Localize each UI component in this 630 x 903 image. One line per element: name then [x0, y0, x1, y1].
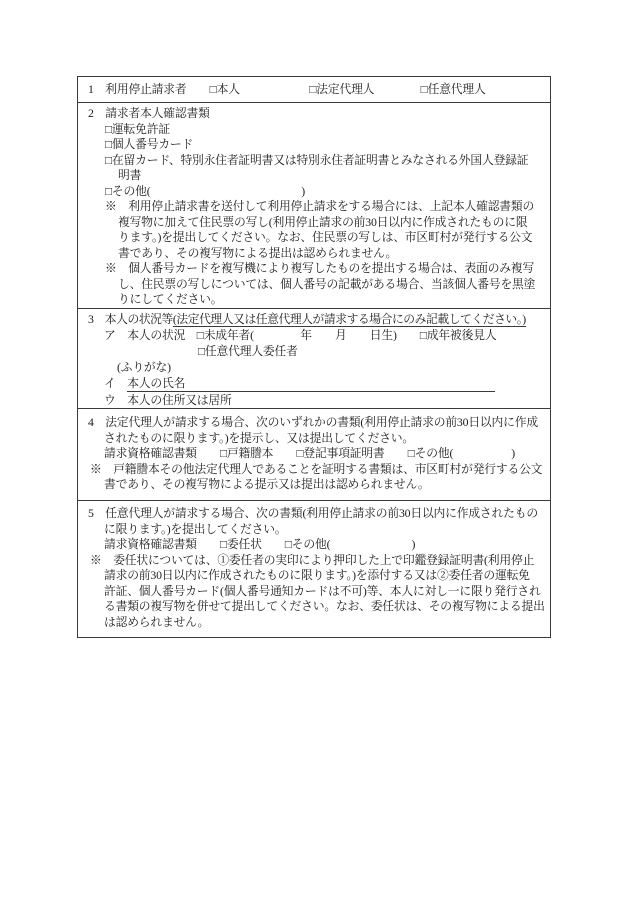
line-text: (ふりがな)	[117, 360, 171, 374]
form-line: 4 法定代理人が請求する場合、次のいずれかの書類(利用停止請求の前30日以内に作…	[88, 415, 546, 431]
form-line: □その他( )	[88, 184, 546, 200]
line-text: 3 本人の状況等	[88, 312, 173, 326]
fill-in-underline: 本人の住所又は居所	[127, 392, 495, 408]
document-page: 1 利用停止請求者 □本人 □法定代理人 □任意代理人 2 請求者本人確認書類□…	[0, 0, 630, 903]
line-text-with-checkboxes: ア 本人の状況 □未成年者( 年 月 日生) □成年被後見人	[104, 328, 496, 342]
form-line: □在留カード、特別永住者証明書又は特別永住者証明書とみなされる外国人登録証	[88, 153, 546, 169]
line-text: る書類の複写物を併せて提出してください。なお、委任状は、その複写物による提出	[104, 599, 545, 613]
form-line: 2 請求者本人確認書類	[88, 106, 546, 122]
form-line: 請求資格確認書類 □委任状 □その他( )	[88, 537, 546, 553]
section-4-legal-representative: 4 法定代理人が請求する場合、次のいずれかの書類(利用停止請求の前30日以内に作…	[78, 408, 550, 500]
line-text: イ	[104, 376, 127, 390]
line-text-with-checkboxes: 請求資格確認書類 □戸籍謄本 □登記事項証明書 □その他( )	[104, 446, 515, 460]
line-text-with-checkboxes: □運転免許証	[105, 122, 170, 136]
line-text-with-checkboxes: 請求資格確認書類 □委任状 □その他( )	[104, 537, 415, 551]
form-line: 請求資格確認書類 □戸籍謄本 □登記事項証明書 □その他( )	[88, 446, 546, 462]
form-line: ります。)を提出してください。なお、住民票の写しは、市区町村が発行する公文	[88, 230, 546, 246]
line-text: 明書	[118, 168, 141, 182]
line-text-with-checkboxes: □在留カード、特別永住者証明書又は特別永住者証明書とみなされる外国人登録証	[105, 153, 528, 167]
line-text-with-checkboxes: □任意代理人委任者	[198, 344, 298, 358]
line-text: りにしてください。	[118, 292, 222, 306]
line-text: ります。)を提出してください。なお、住民票の写しは、市区町村が発行する公文	[118, 230, 532, 244]
form-line: 請求の前30日以内に作成されたものに限ります。)を添付する又は②委任者の運転免	[88, 568, 546, 584]
line-text: 書であり、その複写物による提出は認められません。	[118, 246, 397, 260]
form-line: ア 本人の状況 □未成年者( 年 月 日生) □成年被後見人	[88, 327, 546, 343]
line-text: 2 請求者本人確認書類	[88, 106, 210, 120]
form-line: に限ります。)を提出してください。	[88, 522, 546, 538]
section-5-voluntary-representative: 5 任意代理人が請求する場合、次の書類(利用停止請求の前30日以内に作成されたも…	[78, 500, 550, 637]
form-line: □任意代理人委任者	[88, 343, 546, 359]
line-text-with-checkboxes: 1 利用停止請求者 □本人 □法定代理人 □任意代理人	[88, 82, 486, 96]
line-text: 5 任意代理人が請求する場合、次の書類(利用停止請求の前30日以内に作成されたも…	[88, 506, 538, 520]
line-text: 請求の前30日以内に作成されたものに限ります。)を添付する又は②委任者の運転免	[104, 568, 530, 582]
line-text-with-checkboxes: □その他( )	[105, 184, 305, 198]
form-line: ※ 個人番号カードを複写機により複写したものを提出する場合は、表面のみ複写	[88, 261, 546, 277]
line-text: し、住民票の写しについては、個人番号の記載がある場合、当該個人番号を黒塗	[118, 277, 535, 291]
form-line: (ふりがな)	[88, 359, 546, 375]
form-line: 5 任意代理人が請求する場合、次の書類(利用停止請求の前30日以内に作成されたも…	[88, 506, 546, 522]
form-line: 1 利用停止請求者 □本人 □法定代理人 □任意代理人	[88, 77, 546, 101]
line-text: ※ 個人番号カードを複写機により複写したものを提出する場合は、表面のみ複写	[105, 261, 534, 275]
form-line: 明書	[88, 168, 546, 184]
section-1-requester: 1 利用停止請求者 □本人 □法定代理人 □任意代理人	[78, 77, 550, 102]
line-text-with-checkboxes: □個人番号カード	[105, 137, 193, 151]
line-text: は認められません。	[104, 615, 209, 629]
section-2-identity-documents: 2 請求者本人確認書類□運転免許証□個人番号カード□在留カード、特別永住者証明書…	[78, 102, 550, 308]
line-text: ※ 戸籍謄本その他法定代理人であることを証明する書類は、市区町村が発行する公文	[90, 462, 542, 476]
form-line: し、住民票の写しについては、個人番号の記載がある場合、当該個人番号を黒塗	[88, 277, 546, 293]
form-line: 3 本人の状況等(法定代理人又は任意代理人が請求する場合にのみ記載してください。…	[88, 311, 546, 327]
form-line: 許証、個人番号カード(個人番号通知カードは不可)等、本人に対し一に限り発行され	[88, 584, 546, 600]
form-line: イ 本人の氏名	[88, 375, 546, 392]
form-line: □個人番号カード	[88, 137, 546, 153]
form-line: 複写物に加えて住民票の写し(利用停止請求の前30日以内に作成されたものに限	[88, 215, 546, 231]
form-line: ウ 本人の住所又は居所	[88, 392, 546, 408]
form-line: されたものに限ります。)を提示し、又は提出してください。	[88, 431, 546, 447]
line-text: されたものに限ります。)を提示し、又は提出してください。	[104, 431, 414, 445]
line-text: 複写物に加えて住民票の写し(利用停止請求の前30日以内に作成されたものに限	[118, 215, 527, 229]
form-line: ※ 戸籍謄本その他法定代理人であることを証明する書類は、市区町村が発行する公文	[88, 462, 546, 478]
line-text: 4 法定代理人が請求する場合、次のいずれかの書類(利用停止請求の前30日以内に作…	[88, 415, 538, 429]
form-line: ※ 委任状については、①委任者の実印により押印した上で印鑑登録証明書(利用停止	[88, 553, 546, 569]
form-line: る書類の複写物を併せて提出してください。なお、委任状は、その複写物による提出	[88, 599, 546, 615]
form-table: 1 利用停止請求者 □本人 □法定代理人 □任意代理人 2 請求者本人確認書類□…	[77, 76, 551, 638]
section-3-principal-status: 3 本人の状況等(法定代理人又は任意代理人が請求する場合にのみ記載してください。…	[78, 308, 550, 408]
line-text: に限ります。)を提出してください。	[104, 522, 286, 536]
line-text: ※ 委任状については、①委任者の実印により押印した上で印鑑登録証明書(利用停止	[90, 553, 534, 567]
form-line: 書であり、その複写物による提出は認められません。	[88, 246, 546, 262]
fill-in-underline: 本人の氏名	[127, 375, 495, 392]
line-text: ウ	[104, 393, 127, 407]
line-text: 書であり、その複写物による提示又は提出は認められません。	[104, 477, 429, 491]
form-line: は認められません。	[88, 615, 546, 631]
form-line: 書であり、その複写物による提示又は提出は認められません。	[88, 477, 546, 493]
line-text: 許証、個人番号カード(個人番号通知カードは不可)等、本人に対し一に限り発行され	[104, 584, 541, 598]
underlined-text: (法定代理人又は任意代理人が請求する場合にのみ記載してください。)	[173, 312, 526, 327]
line-text: ※ 利用停止請求書を送付して利用停止請求をする場合には、上記本人確認書類の	[105, 199, 534, 213]
form-line: ※ 利用停止請求書を送付して利用停止請求をする場合には、上記本人確認書類の	[88, 199, 546, 215]
form-line: りにしてください。	[88, 292, 546, 308]
form-line: □運転免許証	[88, 122, 546, 138]
